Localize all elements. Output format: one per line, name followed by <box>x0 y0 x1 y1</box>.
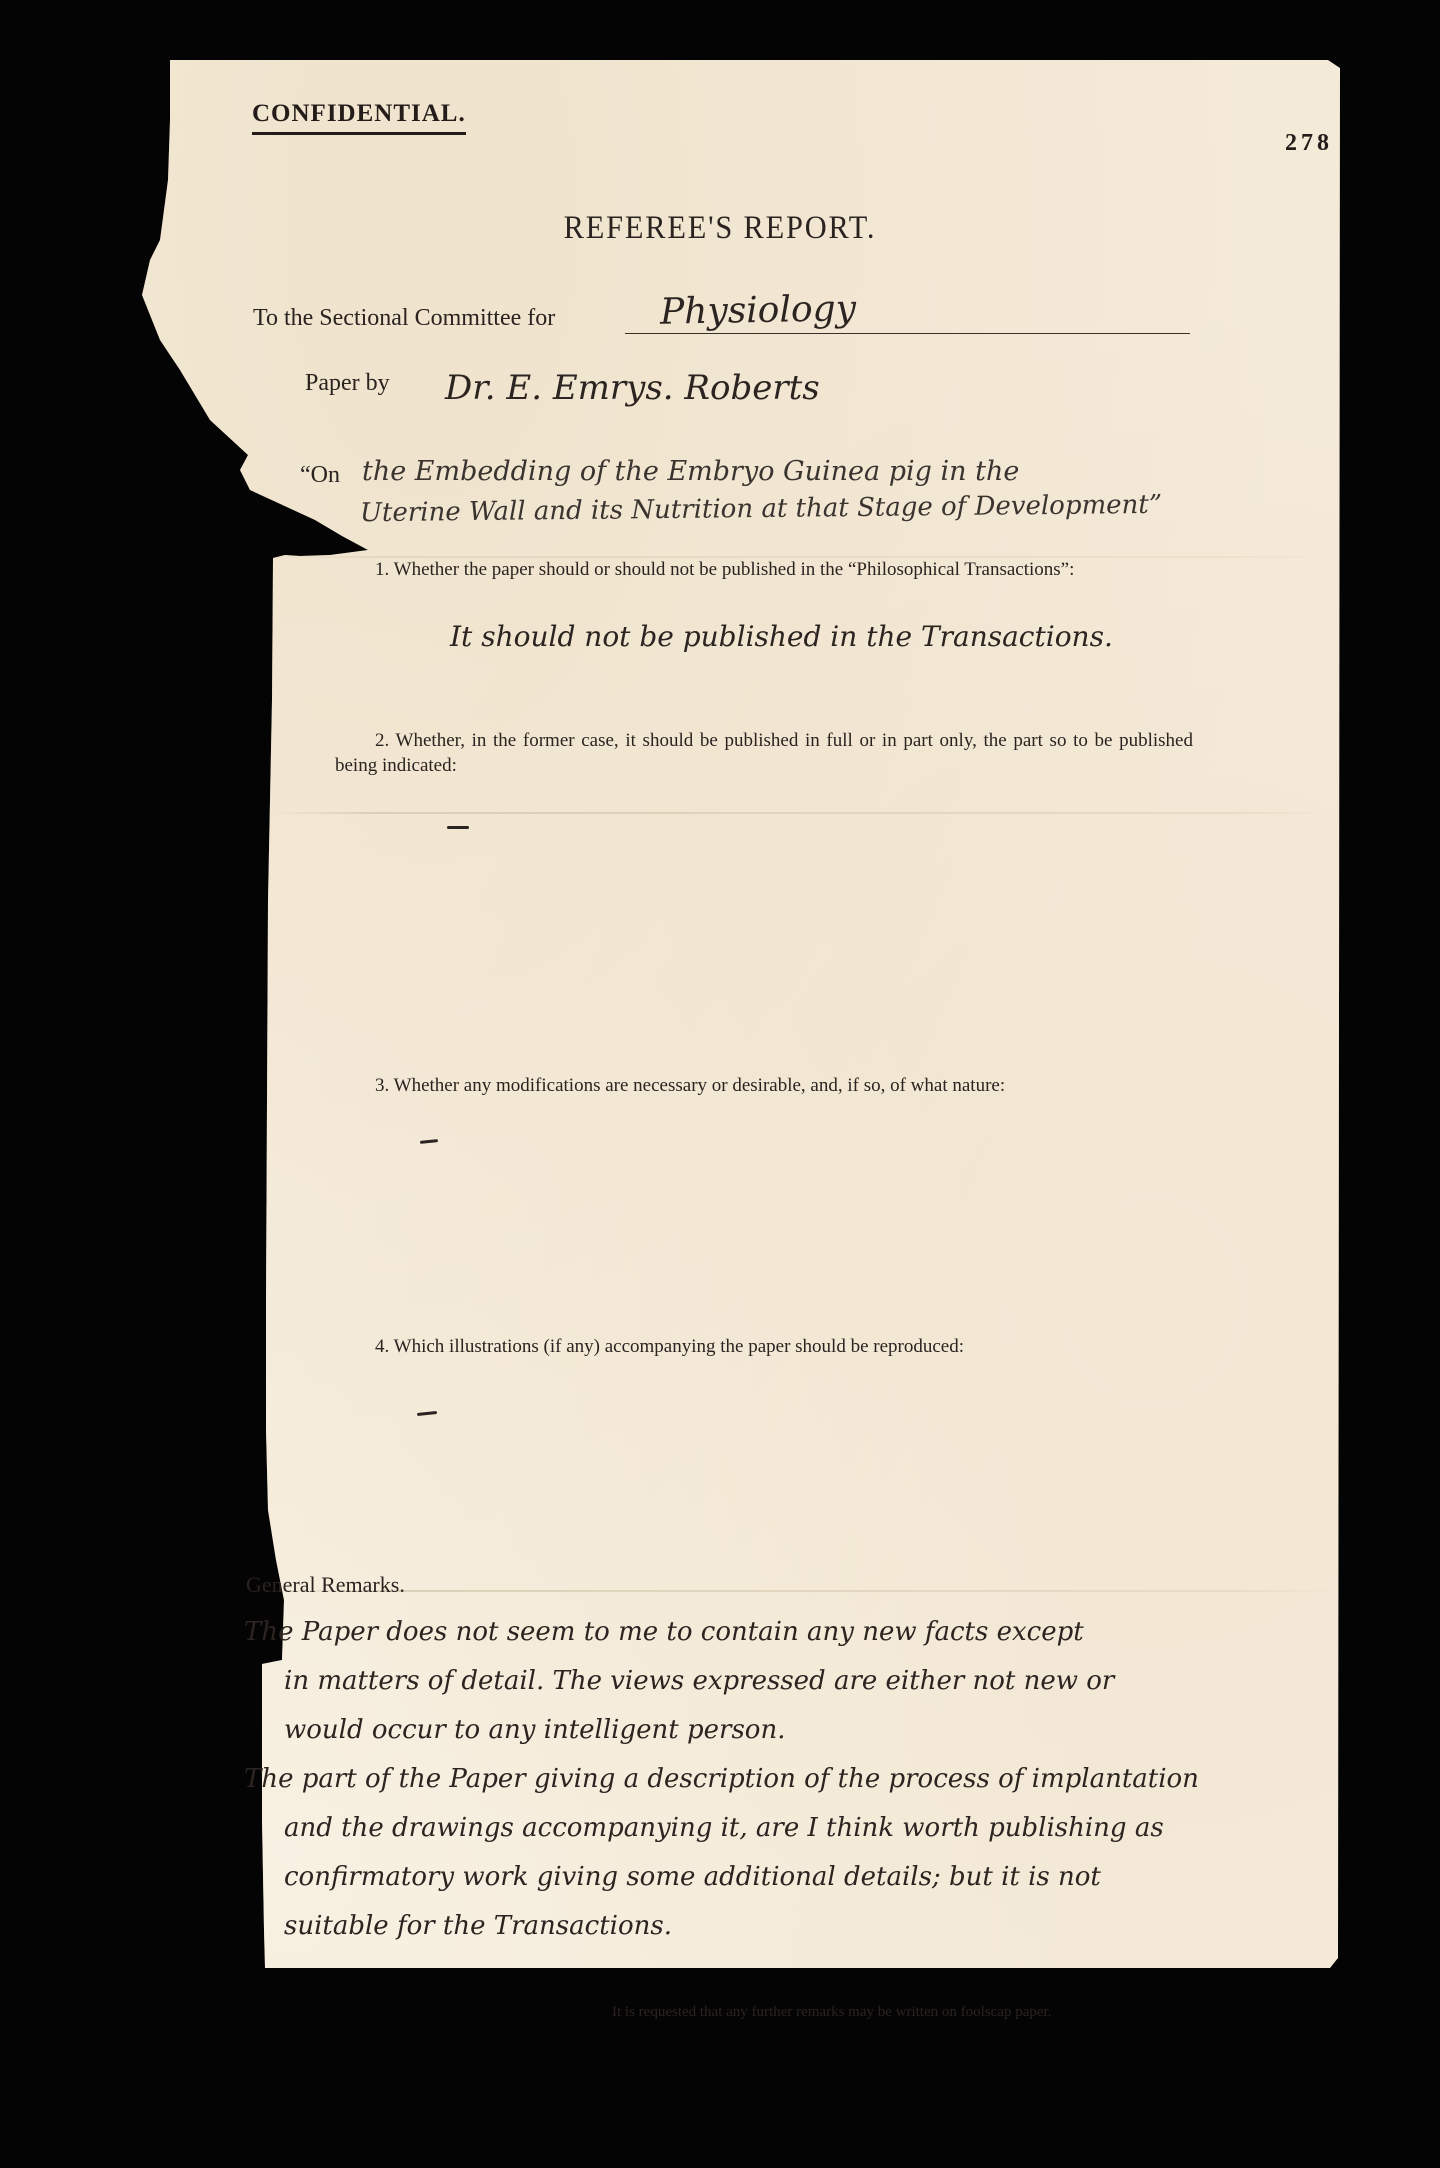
page-title: REFEREE'S REPORT. <box>58 210 1383 247</box>
fold-crease <box>268 1590 1338 1592</box>
footer-note: It is requested that any further remarks… <box>612 2004 1051 2021</box>
committee-field: Physiology <box>660 288 857 332</box>
question-2: 2. Whether, in the former case, it shoul… <box>335 728 1193 778</box>
general-remarks-label: General Remarks. <box>246 1572 405 1598</box>
on-label: “On <box>300 462 340 489</box>
remarks-line: The part of the Paper giving a descripti… <box>244 1755 1344 1804</box>
remarks-line: confirmatory work giving some additional… <box>244 1853 1344 1902</box>
question-4: 4. Which illustrations (if any) accompan… <box>375 1334 1195 1359</box>
author-field: Dr. E. Emrys. Roberts <box>445 368 820 408</box>
remarks-line: in matters of detail. The views expresse… <box>244 1657 1344 1706</box>
remarks-line: suitable for the Transactions. <box>244 1902 1344 1951</box>
answer-1: It should not be published in the Transa… <box>450 620 1113 653</box>
confidential-stamp: CONFIDENTIAL. <box>252 100 466 135</box>
remarks-line: and the drawings accompanying it, are I … <box>244 1804 1344 1853</box>
committee-underline <box>625 333 1190 334</box>
question-1: 1. Whether the paper should or should no… <box>335 557 1193 582</box>
committee-label: To the Sectional Committee for <box>253 305 555 332</box>
paper-by-label: Paper by <box>305 370 390 397</box>
remarks-line: would occur to any intelligent person. <box>244 1706 1344 1755</box>
question-3: 3. Whether any modifications are necessa… <box>375 1073 1195 1098</box>
page-number: 278 <box>1285 130 1333 157</box>
fold-crease <box>270 812 1338 814</box>
answer-2-dash <box>447 826 469 829</box>
paper-title-line-1: the Embedding of the Embryo Guinea pig i… <box>362 456 1019 487</box>
general-remarks-text: The Paper does not seem to me to contain… <box>244 1608 1344 1951</box>
remarks-line: The Paper does not seem to me to contain… <box>244 1608 1344 1657</box>
